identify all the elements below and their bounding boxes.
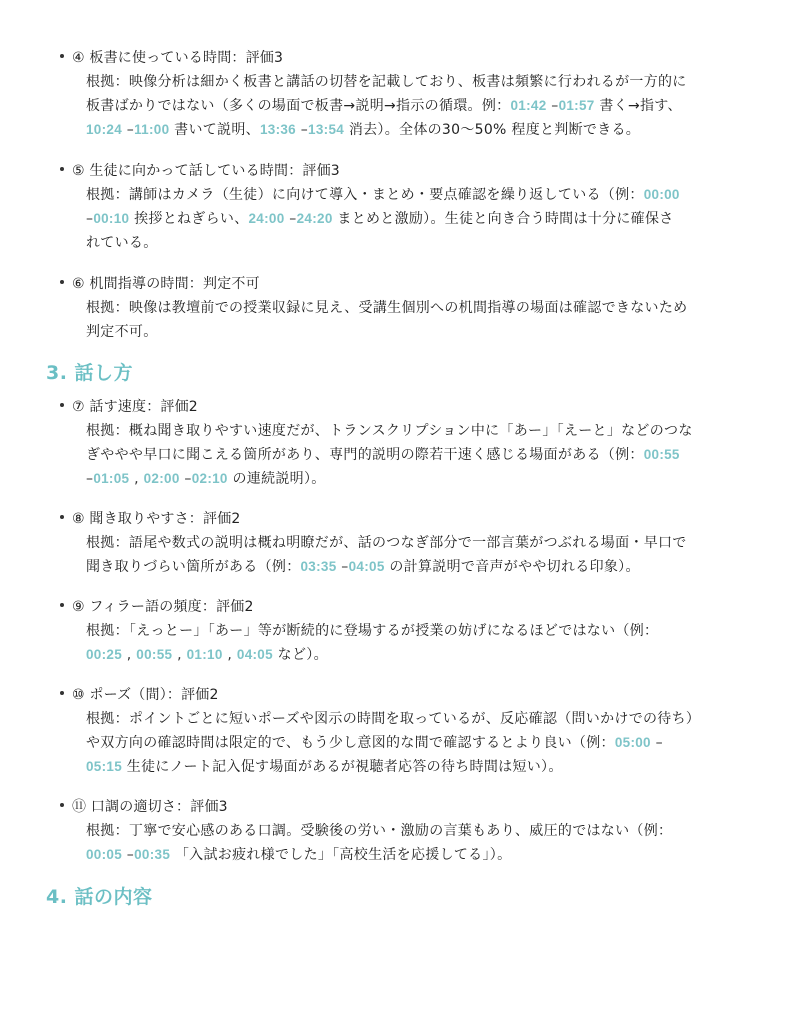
timestamp: 11:00 [134,122,169,137]
rationale-text: 書く→指す、 [595,98,682,114]
separator: , [172,647,186,663]
rationale-text: 書いて説明、 [169,122,260,138]
rationale-text: など）。 [273,647,328,663]
rationale-line: 根拠：概ね聞き取りやすい速度だが、トランスクリプション中に「あー」「えーと」など… [86,419,762,443]
rationale-line: 00:25 , 00:55 , 01:10 , 04:05 など）。 [86,643,762,667]
criterion-title: ⑨ フィラー語の頻度：評価2 [72,595,762,619]
bullet-icon [60,691,64,695]
criterion-rationale: 根拠：ポイントごとに短いポーズや図示の時間を取っているが、反応確認（問いかけでの… [86,707,762,779]
bullet-icon [60,167,64,171]
timestamp: 02:00 [144,471,180,486]
criterion-title: ⑪ 口調の適切さ：評価3 [72,795,762,819]
separator: – [122,847,134,863]
rationale-line: –01:05 , 02:00 –02:10 の連続説明）。 [86,467,762,491]
criterion-title: ⑤ 生徒に向かって話している時間：評価3 [72,159,762,183]
criterion-title: ⑥ 机間指導の時間：判定不可 [72,272,762,296]
criterion-11-tone-appropriateness: ⑪ 口調の適切さ：評価3 根拠：丁寧で安心感のある口調。受験後の労い・激励の言葉… [72,795,762,867]
separator: – [547,98,559,114]
timestamp: 00:55 [136,647,172,662]
criterion-rationale: 根拠：映像分析は細かく板書と講話の切替を記載しており、板書は頻繁に行われるが一方… [86,70,762,142]
rationale-text: 根拠：概ね聞き取りやすい速度だが、トランスクリプション中に「あー」「えーと」など… [86,423,693,439]
criterion-7-speaking-speed: ⑦ 話す速度：評価2 根拠：概ね聞き取りやすい速度だが、トランスクリプション中に… [72,395,762,491]
timestamp: 10:24 [86,122,122,137]
timestamp: 04:05 [237,647,273,662]
rationale-line: 根拠：ポイントごとに短いポーズや図示の時間を取っているが、反応確認（問いかけでの… [86,707,762,731]
separator: – [180,471,192,487]
rationale-text: の計算説明で音声がやや切れる印象）。 [385,559,640,575]
criterion-title: ④ 板書に使っている時間：評価3 [72,46,762,70]
rationale-text: 挨拶とねぎらい、 [129,211,248,227]
timestamp: 05:00 [615,735,651,750]
rationale-line: 根拠：講師はカメラ（生徒）に向けて導入・まとめ・要点確認を繰り返している（例：0… [86,183,762,207]
rationale-text: 根拠：映像は教壇前での授業収録に見え、受講生個別への机間指導の場面は確認できない… [86,300,687,316]
rationale-line: 根拠：語尾や数式の説明は概ね明瞭だが、話のつなぎ部分で一部言葉がつぶれる場面・早… [86,531,762,555]
bullet-icon [60,280,64,284]
bullet-icon [60,515,64,519]
separator: , [122,647,136,663]
timestamp: 03:35 [301,559,337,574]
rationale-line: 根拠：「えっとー」「あー」等が断続的に登場するが授業の妨げになるほどではない（例… [86,619,762,643]
rationale-text: 判定不可。 [86,324,158,340]
rationale-text: の連続説明）。 [228,471,326,487]
rationale-text: 板書ばかりではない（多くの場面で板書→説明→指示の循環。例： [86,98,510,114]
rationale-text: 根拠：映像分析は細かく板書と講話の切替を記載しており、板書は頻繁に行われるが一方… [86,74,687,90]
criterion-rationale: 根拠：丁寧で安心感のある口調。受験後の労い・激励の言葉もあり、威圧的ではない（例… [86,819,762,867]
rationale-line: 根拠：映像は教壇前での授業収録に見え、受講生個別への机間指導の場面は確認できない… [86,296,762,320]
separator: , [129,471,143,487]
timestamp: 01:05 [93,471,129,486]
rationale-line: 聞き取りづらい箇所がある（例：03:35 –04:05 の計算説明で音声がやや切… [86,555,762,579]
timestamp: 24:20 [297,211,333,226]
timestamp: 05:15 [86,759,122,774]
timestamp: 00:05 [86,847,122,862]
rationale-text: 根拠：「えっとー」「あー」等が断続的に登場するが授業の妨げになるほどではない（例… [86,623,658,639]
rationale-text: 根拠：丁寧で安心感のある口調。受験後の労い・激励の言葉もあり、威圧的ではない（例… [86,823,672,839]
timestamp: 01:57 [559,98,595,113]
rationale-text: 根拠：講師はカメラ（生徒）に向けて導入・まとめ・要点確認を繰り返している（例： [86,187,644,203]
timestamp: 00:25 [86,647,122,662]
criterion-8-audibility: ⑧ 聞き取りやすさ：評価2 根拠：語尾や数式の説明は概ね明瞭だが、話のつなぎ部分… [72,507,762,579]
rationale-line: 根拠：映像分析は細かく板書と講話の切替を記載しており、板書は頻繁に行われるが一方… [86,70,762,94]
rationale-text: れている。 [86,235,158,251]
section-heading-speaking-style: 3. 話し方 [46,358,133,385]
criterion-rationale: 根拠：概ね聞き取りやすい速度だが、トランスクリプション中に「あー」「えーと」など… [86,419,762,491]
criterion-rationale: 根拠：映像は教壇前での授業収録に見え、受講生個別への机間指導の場面は確認できない… [86,296,762,344]
bullet-icon [60,603,64,607]
criterion-9-filler-frequency: ⑨ フィラー語の頻度：評価2 根拠：「えっとー」「あー」等が断続的に登場するが授… [72,595,762,667]
rationale-line: 00:05 –00:35 「入試お疲れ様でした」「高校生活を応援してる」）。 [86,843,762,867]
bullet-icon [60,403,64,407]
criterion-title: ⑦ 話す速度：評価2 [72,395,762,419]
rationale-text: ぎややや早口に聞こえる箇所があり、専門的説明の際若干速く感じる場面がある（例： [86,447,644,463]
timestamp: 13:54 [308,122,344,137]
rationale-text: 根拠：ポイントごとに短いポーズや図示の時間を取っているが、反応確認（問いかけでの… [86,711,700,727]
timestamp: 24:00 [249,211,285,226]
rationale-text: 根拠：語尾や数式の説明は概ね明瞭だが、話のつなぎ部分で一部言葉がつぶれる場面・早… [86,535,687,551]
rationale-text: や双方向の確認時間は限定的で、もう少し意図的な間で確認するとより良い（例： [86,735,615,751]
timestamp: 00:10 [93,211,129,226]
timestamp: 13:36 [260,122,296,137]
criterion-title: ⑧ 聞き取りやすさ：評価2 [72,507,762,531]
section-heading-talk-content: 4. 話の内容 [46,882,153,909]
timestamp: 00:55 [644,447,680,462]
separator: – [337,559,349,575]
rationale-text: まとめと激励）。生徒と向き合う時間は十分に確保さ [333,211,674,227]
rationale-line: や双方向の確認時間は限定的で、もう少し意図的な間で確認するとより良い（例：05:… [86,731,762,755]
timestamp: 01:42 [510,98,546,113]
criterion-rationale: 根拠：講師はカメラ（生徒）に向けて導入・まとめ・要点確認を繰り返している（例：0… [86,183,762,255]
separator: – [296,122,308,138]
timestamp: 02:10 [192,471,228,486]
rationale-line: 10:24 –11:00 書いて説明、13:36 –13:54 消去）。全体の3… [86,118,762,142]
criterion-rationale: 根拠：「えっとー」「あー」等が断続的に登場するが授業の妨げになるほどではない（例… [86,619,762,667]
criterion-10-pauses: ⑩ ポーズ（間）：評価2 根拠：ポイントごとに短いポーズや図示の時間を取っている… [72,683,762,779]
rationale-line: 判定不可。 [86,320,762,344]
separator: , [223,647,237,663]
rationale-line: ぎややや早口に聞こえる箇所があり、専門的説明の際若干速く感じる場面がある（例：0… [86,443,762,467]
criterion-rationale: 根拠：語尾や数式の説明は概ね明瞭だが、話のつなぎ部分で一部言葉がつぶれる場面・早… [86,531,762,579]
rationale-line: 根拠：丁寧で安心感のある口調。受験後の労い・激励の言葉もあり、威圧的ではない（例… [86,819,762,843]
criterion-4-blackboard-time: ④ 板書に使っている時間：評価3 根拠：映像分析は細かく板書と講話の切替を記載し… [72,46,762,142]
bullet-icon [60,803,64,807]
rationale-line: –00:10 挨拶とねぎらい、24:00 –24:20 まとめと激励）。生徒と向… [86,207,762,231]
criterion-6-desk-guidance-time: ⑥ 机間指導の時間：判定不可 根拠：映像は教壇前での授業収録に見え、受講生個別へ… [72,272,762,344]
rationale-line: 05:15 生徒にノート記入促す場面があるが視聴者応答の待ち時間は短い）。 [86,755,762,779]
rationale-text: 生徒にノート記入促す場面があるが視聴者応答の待ち時間は短い）。 [122,759,563,775]
separator: – [651,735,663,751]
rationale-text: 消去）。全体の30〜50% 程度と判断できる。 [344,122,640,138]
rationale-text: 「入試お疲れ様でした」「高校生活を応援してる」）。 [170,847,511,863]
bullet-icon [60,54,64,58]
separator: – [285,211,297,227]
timestamp: 01:10 [187,647,223,662]
timestamp: 00:00 [644,187,680,202]
rationale-line: れている。 [86,231,762,255]
rationale-line: 板書ばかりではない（多くの場面で板書→説明→指示の循環。例：01:42 –01:… [86,94,762,118]
timestamp: 04:05 [349,559,385,574]
separator: – [122,122,134,138]
timestamp: 00:35 [134,847,170,862]
criterion-5-facing-students-time: ⑤ 生徒に向かって話している時間：評価3 根拠：講師はカメラ（生徒）に向けて導入… [72,159,762,255]
rationale-text: 聞き取りづらい箇所がある（例： [86,559,301,575]
criterion-title: ⑩ ポーズ（間）：評価2 [72,683,762,707]
